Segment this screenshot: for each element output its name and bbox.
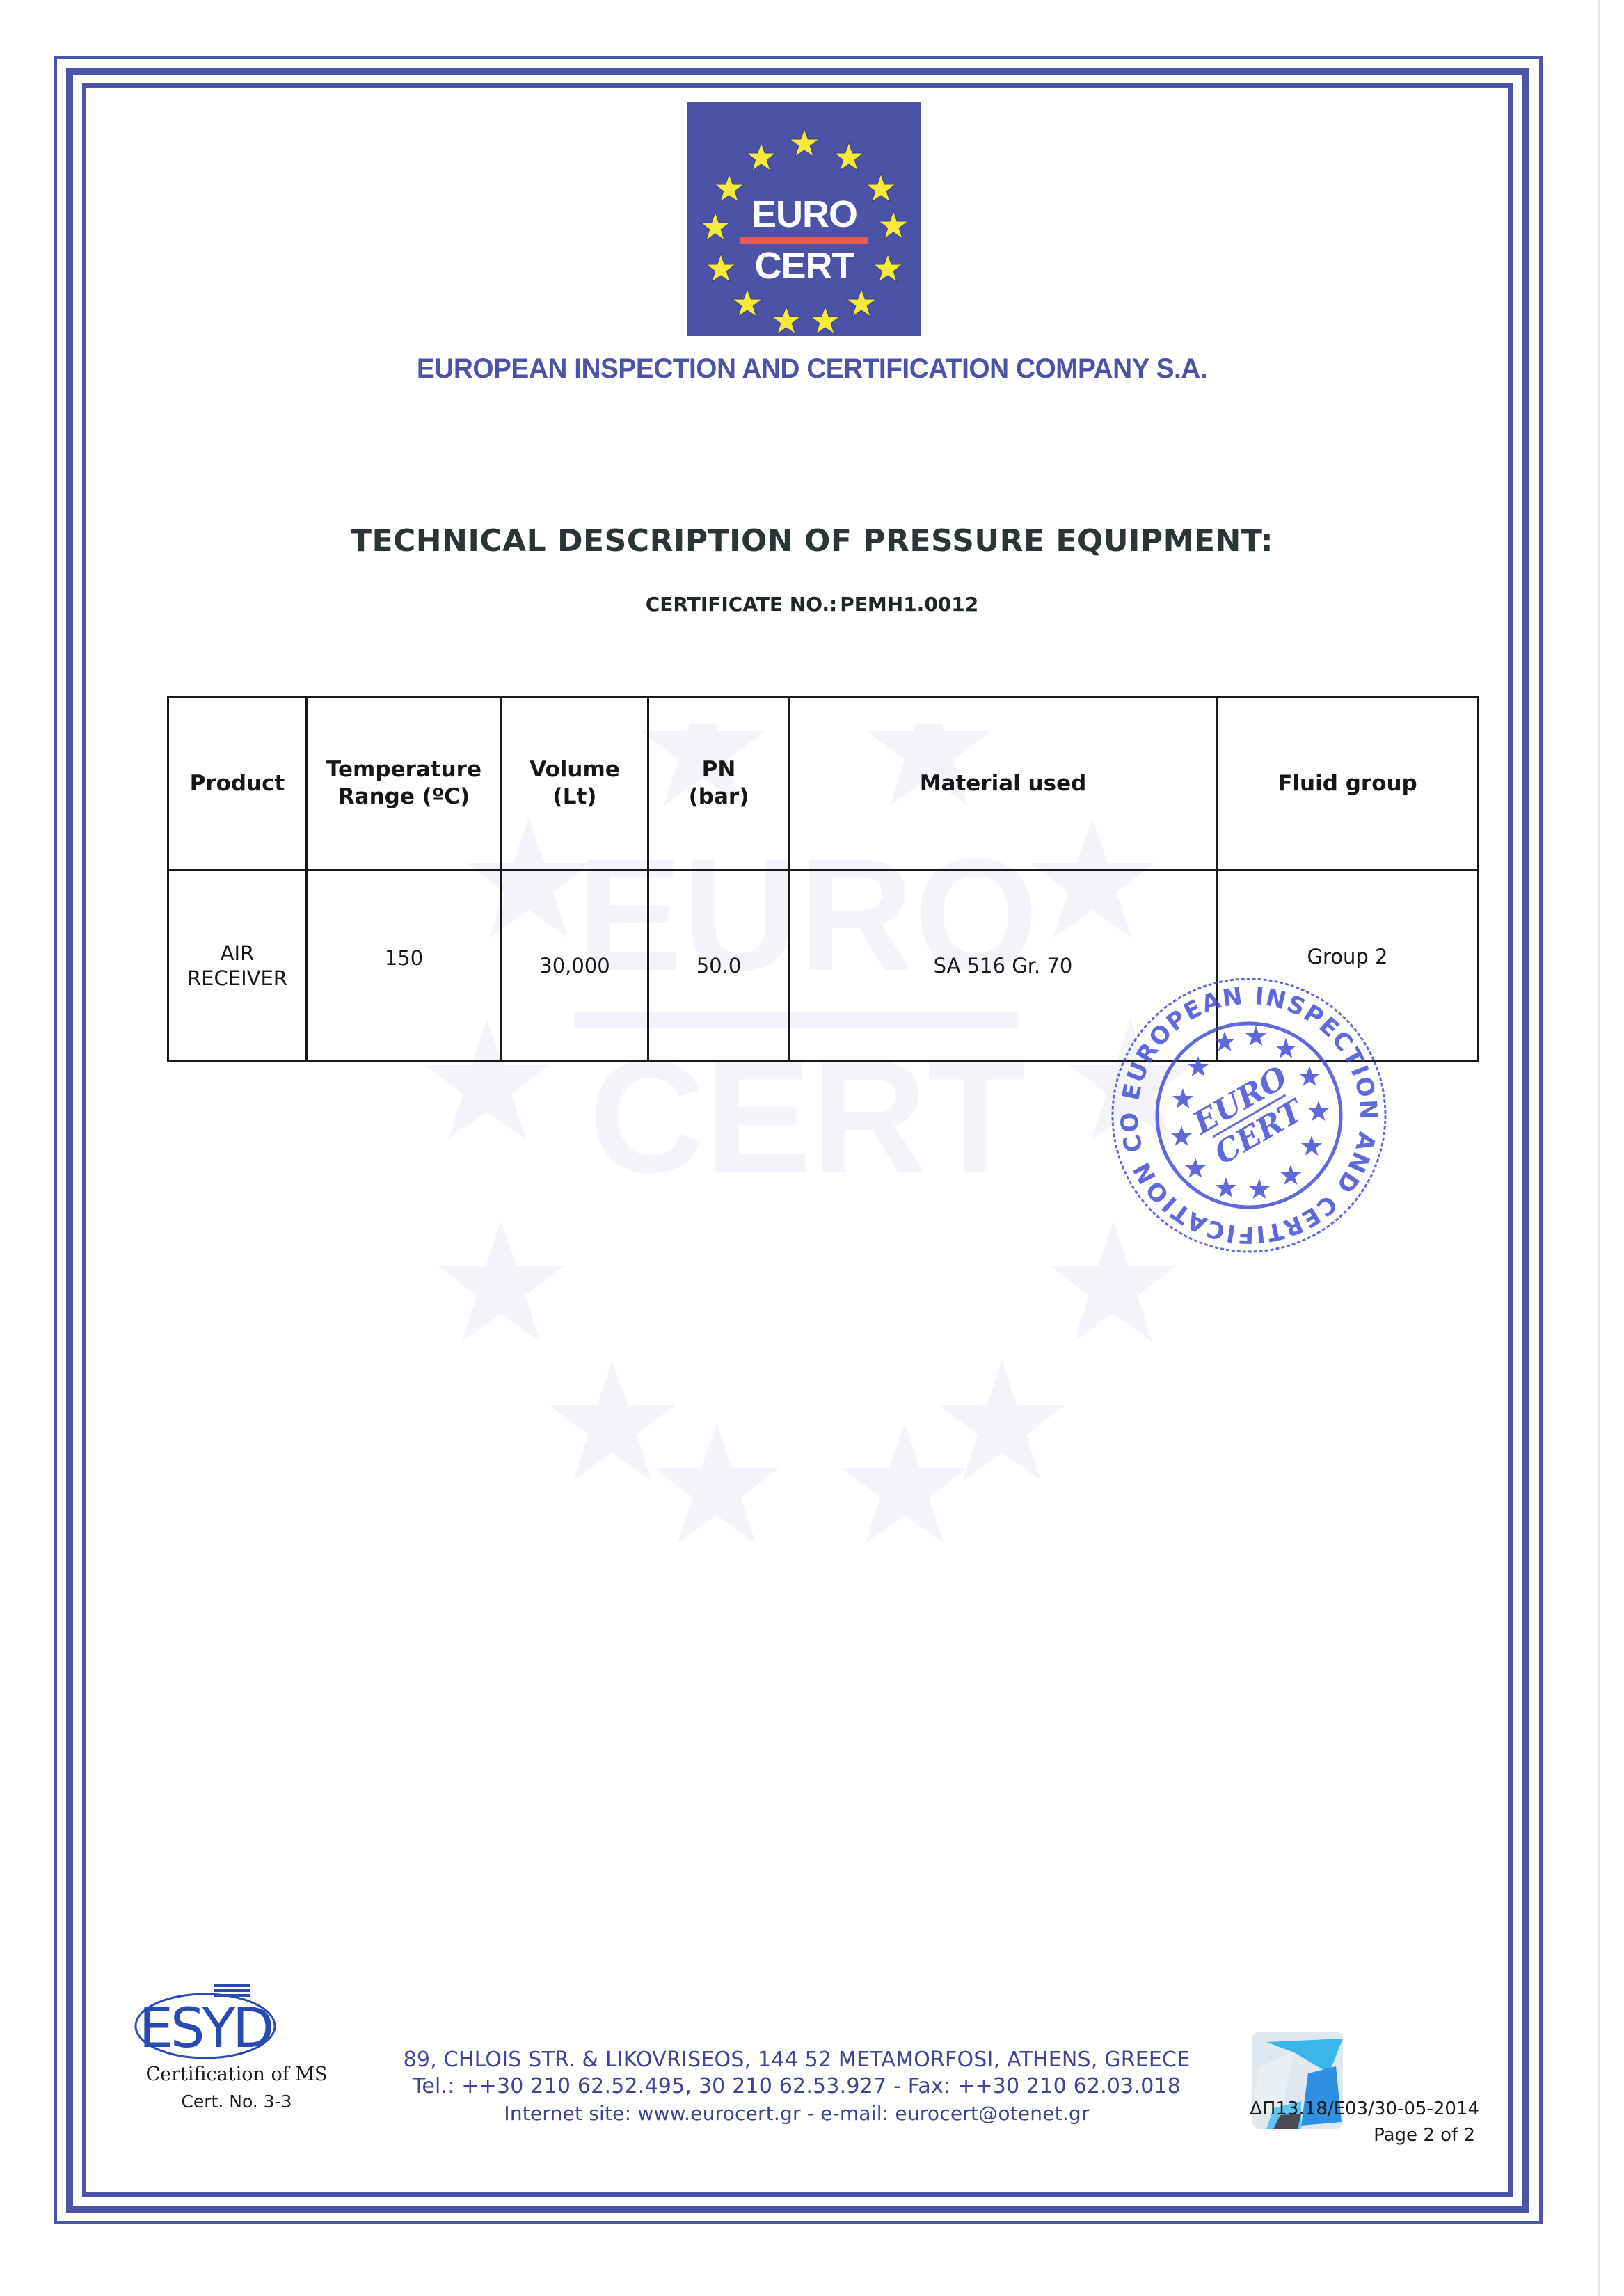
header-fluid-group: Fluid group bbox=[1217, 697, 1479, 870]
footer-web-email: Internet site: www.eurocert.gr - e-mail:… bbox=[390, 2104, 1204, 2123]
footer-address: 89, CHLOIS STR. & LIKOVRISEOS, 144 52 ME… bbox=[390, 2050, 1204, 2071]
logo-red-bar bbox=[740, 237, 868, 244]
table-header-row: Product TemperatureRange (ºC) Volume(Lt)… bbox=[168, 697, 1479, 870]
esyd-logo-text: ESYD bbox=[139, 1998, 272, 2059]
logo-cert-text: CERT bbox=[687, 247, 921, 285]
cell-temperature-range: 150 bbox=[307, 870, 502, 1062]
document-title: TECHNICAL DESCRIPTION OF PRESSURE EQUIPM… bbox=[0, 523, 1624, 559]
cell-pn: 50.0 bbox=[648, 870, 790, 1062]
esyd-caption-line2: Cert. No. 3-3 bbox=[97, 2091, 376, 2112]
company-stamp: EUROPEAN INSPECTION AND CERTIFICATION CO… bbox=[1106, 973, 1392, 1258]
eurocert-logo: EURO CERT bbox=[687, 102, 921, 336]
footer-phone-fax: Tel.: ++30 210 62.52.495, 30 210 62.53.9… bbox=[390, 2076, 1204, 2097]
header-material: Material used bbox=[790, 697, 1217, 870]
esyd-caption-line1: Certification of MS bbox=[97, 2064, 376, 2085]
esyd-logo-icon: ESYD bbox=[132, 1983, 278, 2059]
header-temperature-range: TemperatureRange (ºC) bbox=[307, 697, 502, 870]
document-code: ΔΠ13.18/E03/30-05-2014 bbox=[1250, 2098, 1479, 2119]
cell-product: AIRRECEIVER bbox=[168, 870, 307, 1062]
esyd-accreditation-logo: ESYD bbox=[132, 1983, 278, 2059]
header-product: Product bbox=[168, 697, 307, 870]
page-number: Page 2 of 2 bbox=[1374, 2125, 1475, 2146]
header-volume: Volume(Lt) bbox=[502, 697, 648, 870]
logo-euro-text: EURO bbox=[687, 196, 921, 233]
header-pn: PN(bar) bbox=[648, 697, 790, 870]
certificate-number: CERTIFICATE NO.:PEMH1.0012 bbox=[0, 593, 1624, 616]
scan-edge bbox=[1598, 0, 1600, 2296]
company-name: EUROPEAN INSPECTION AND CERTIFICATION CO… bbox=[24, 353, 1600, 385]
certificate-label: CERTIFICATE NO.: bbox=[646, 593, 838, 616]
certificate-value: PEMH1.0012 bbox=[840, 593, 978, 616]
stamp-seal-icon: EUROPEAN INSPECTION AND CERTIFICATION CO… bbox=[1106, 973, 1392, 1258]
cell-volume: 30,000 bbox=[502, 870, 648, 1062]
